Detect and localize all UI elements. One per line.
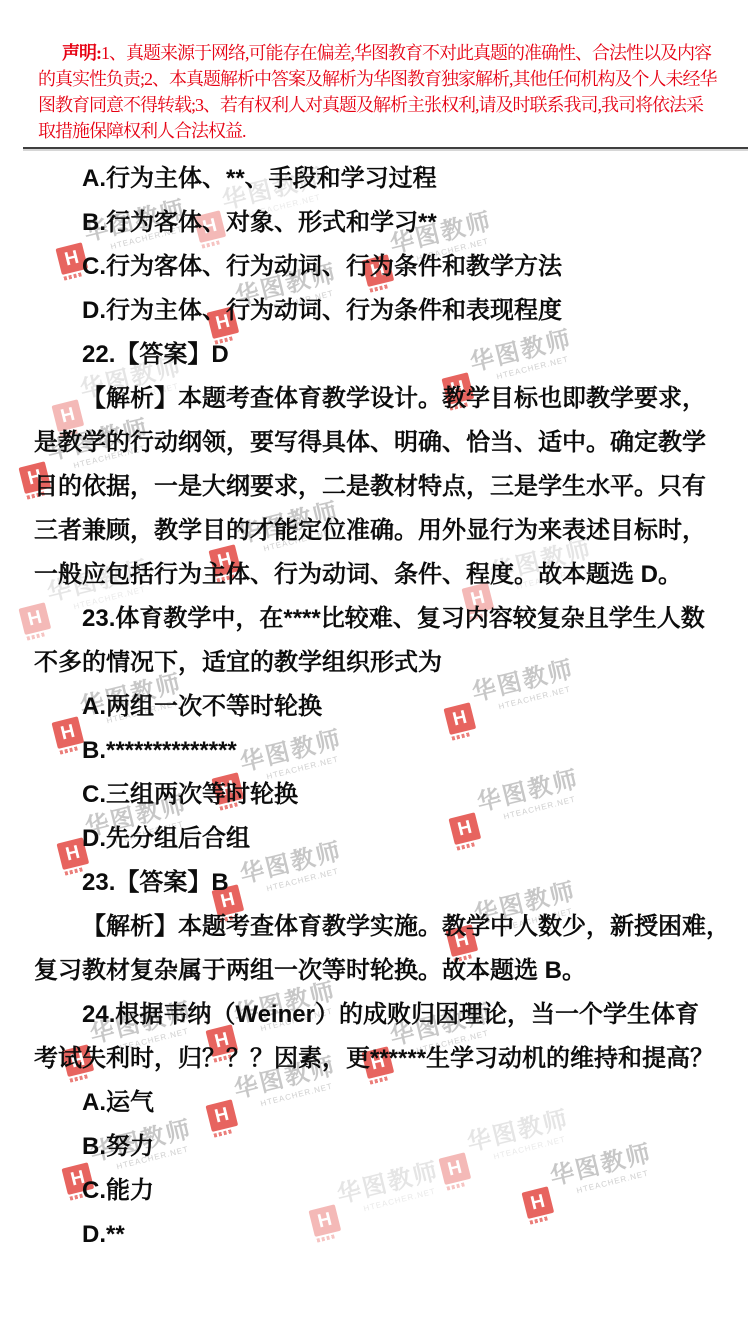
document-text-line: B.努力 bbox=[34, 1125, 722, 1169]
document-text-line: D.行为主体、行为动词、行为条件和表现程度 bbox=[34, 289, 722, 333]
document-text-line: 【解析】本题考查体育教学实施。教学中人数少，新授困难， bbox=[34, 905, 722, 949]
document-text-line: 是教学的行动纲领，要写得具体、明确、恰当、适中。确定教学 bbox=[34, 421, 722, 465]
disclaimer-line: 声明:1、真题来源于网络,可能存在偏差,华图教育不对此真题的准确性、合法性以及内… bbox=[38, 40, 718, 66]
disclaimer-line: 取措施保障权利人合法权益. bbox=[38, 118, 718, 144]
document-text-line: A.运气 bbox=[34, 1081, 722, 1125]
exam-text-block: A.行为主体、**、手段和学习过程B.行为客体、对象、形式和学习**C.行为客体… bbox=[34, 157, 722, 1257]
document-text-line: 23.体育教学中，在****比较难、复习内容较复杂且学生人数 bbox=[34, 597, 722, 641]
document-text-line: 复习教材复杂属于两组一次等时轮换。故本题选 B。 bbox=[34, 949, 722, 993]
document-text-line: A.行为主体、**、手段和学习过程 bbox=[34, 157, 722, 201]
disclaimer-label: 声明: bbox=[62, 43, 101, 63]
document-text-line: 三者兼顾，教学目的才能定位准确。用外显行为来表述目标时， bbox=[34, 509, 722, 553]
document-text-line: 22.【答案】D bbox=[34, 333, 722, 377]
disclaimer-line: 图教育同意不得转载;3、若有权利人对真题及解析主张权利,请及时联系我司,我司将依… bbox=[38, 92, 718, 118]
document-text-line: D.** bbox=[34, 1213, 722, 1257]
document-text-line: 24.根据韦纳（Weiner）的成败归因理论，当一个学生体育 bbox=[34, 993, 722, 1037]
disclaimer-notice: 声明:1、真题来源于网络,可能存在偏差,华图教育不对此真题的准确性、合法性以及内… bbox=[38, 40, 718, 144]
document-page: H华图教师HTEACHER.NETH华图教师HTEACHER.NETH华图教师H… bbox=[0, 0, 748, 1335]
disclaimer-line: 的真实性负责;2、本真题解析中答案及解析为华图教育独家解析,其他任何机构及个人未… bbox=[38, 66, 718, 92]
document-text-line: C.能力 bbox=[34, 1169, 722, 1213]
document-text-line: 【解析】本题考查体育教学设计。教学目标也即教学要求， bbox=[34, 377, 722, 421]
document-text-line: B.行为客体、对象、形式和学习** bbox=[34, 201, 722, 245]
disclaimer-text: 1、真题来源于网络,可能存在偏差,华图教育不对此真题的准确性、合法性以及内容 bbox=[101, 43, 711, 63]
document-text-line: 考试失利时，归？？？因素，更******生学习动机的维持和提高？ bbox=[34, 1037, 722, 1081]
document-text-line: 目的依据，一是大纲要求，二是教材特点，三是学生水平。只有 bbox=[34, 465, 722, 509]
document-text-line: A.两组一次不等时轮换 bbox=[34, 685, 722, 729]
document-text-line: 一般应包括行为主体、行为动词、条件、程度。故本题选 D。 bbox=[34, 553, 722, 597]
document-text-line: 不多的情况下，适宜的教学组织形式为 bbox=[34, 641, 722, 685]
document-text-line: B.************** bbox=[34, 729, 722, 773]
separator-line bbox=[23, 147, 748, 149]
document-text-line: 23.【答案】B bbox=[34, 861, 722, 905]
document-text-line: D.先分组后合组 bbox=[34, 817, 722, 861]
document-text-line: C.三组两次等时轮换 bbox=[34, 773, 722, 817]
document-text-line: C.行为客体、行为动词、行为条件和教学方法 bbox=[34, 245, 722, 289]
